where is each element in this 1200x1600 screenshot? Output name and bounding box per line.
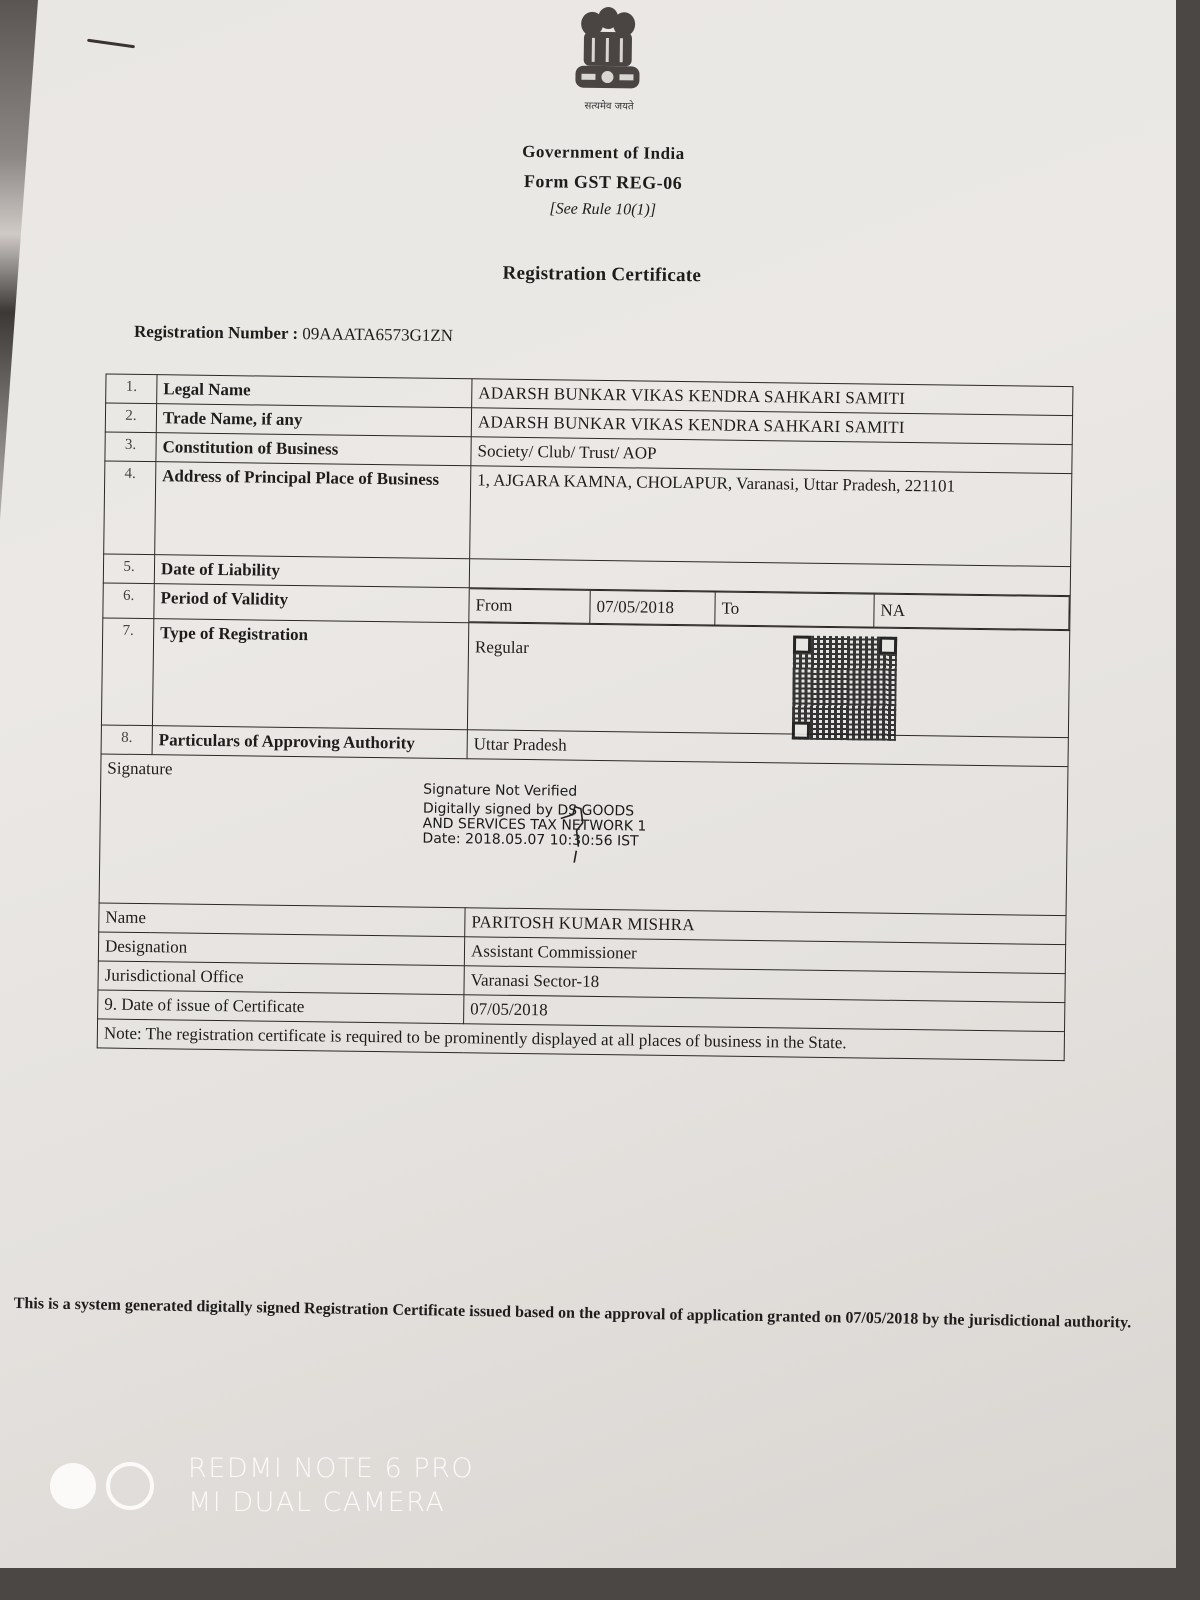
- registration-number-value: 09AAATA6573G1ZN: [302, 324, 453, 345]
- row-number: 1.: [106, 374, 157, 404]
- validity-to-value: NA: [874, 594, 1069, 630]
- row-number: 3.: [105, 432, 156, 462]
- government-heading: Government of India: [448, 141, 758, 165]
- row-label: Jurisdictional Office: [98, 961, 464, 995]
- watermark-text: REDMI NOTE 6 PRO MI DUAL CAMERA: [188, 1452, 474, 1520]
- emblem-motto: सत्यमेव जयते: [569, 98, 649, 113]
- row-label: Designation: [98, 932, 464, 966]
- validity-from-label: From: [469, 589, 590, 624]
- signature-row: Signature Signature Not Verified Digital…: [99, 754, 1068, 916]
- table-row: 7. Type of Registration Regular: [101, 618, 1069, 738]
- qr-code-icon[interactable]: [792, 636, 897, 741]
- row-label: Particulars of Approving Authority: [152, 726, 467, 759]
- row-number: 5.: [103, 554, 154, 584]
- row-number: 7.: [101, 618, 153, 726]
- table-row: 4. Address of Principal Place of Busines…: [104, 461, 1072, 567]
- camera-watermark: REDMI NOTE 6 PRO MI DUAL CAMERA: [50, 1452, 474, 1520]
- registration-number: Registration Number : 09AAATA6573G1ZN: [134, 322, 453, 346]
- signature-label: Signature: [107, 759, 172, 779]
- watermark-ring-icon: [106, 1462, 154, 1510]
- registration-type-value: Regular: [475, 637, 1063, 665]
- digital-signature-block[interactable]: Signature Not Verified Digitally signed …: [422, 783, 647, 850]
- row-number: 4.: [104, 461, 156, 555]
- row-label: Constitution of Business: [156, 433, 471, 466]
- watermark-line-2: MI DUAL CAMERA: [188, 1486, 474, 1520]
- signature-check-icon: [550, 800, 611, 871]
- row-label: 9. Date of issue of Certificate: [98, 990, 464, 1024]
- national-emblem-icon: [569, 2, 646, 95]
- form-heading: Form GST REG-06: [448, 170, 758, 195]
- registration-number-label: Registration Number :: [134, 322, 298, 343]
- validity-from-value: 07/05/2018: [590, 590, 715, 625]
- rule-reference: [See Rule 10(1)]: [448, 199, 758, 221]
- row-label: Date of Liability: [154, 555, 469, 588]
- validity-to-label: To: [715, 592, 874, 627]
- watermark-dot-icon: [50, 1463, 96, 1509]
- row-number: 2.: [105, 403, 156, 433]
- row-label: Trade Name, if any: [156, 404, 471, 437]
- signature-status: Signature Not Verified: [423, 783, 647, 801]
- row-label: Type of Registration: [152, 619, 468, 730]
- row-label: Legal Name: [157, 375, 472, 408]
- registration-type-cell: Regular: [467, 623, 1069, 738]
- certificate-table: 1. Legal Name ADARSH BUNKAR VIKAS KENDRA…: [97, 373, 1074, 1061]
- signature-line-3: Date: 2018.05.07 10:30:56 IST: [422, 832, 646, 850]
- row-label: Address of Principal Place of Business: [155, 462, 471, 559]
- watermark-line-1: REDMI NOTE 6 PRO: [188, 1452, 474, 1486]
- address-value: 1, AJGARA KAMNA, CHOLAPUR, Varanasi, Utt…: [470, 466, 1072, 567]
- row-number: 6.: [103, 583, 154, 619]
- row-label: Period of Validity: [154, 584, 469, 623]
- signature-cell: Signature Signature Not Verified Digital…: [99, 754, 1068, 916]
- certificate-title: Registration Certificate: [447, 262, 757, 288]
- row-number: 8.: [101, 725, 152, 755]
